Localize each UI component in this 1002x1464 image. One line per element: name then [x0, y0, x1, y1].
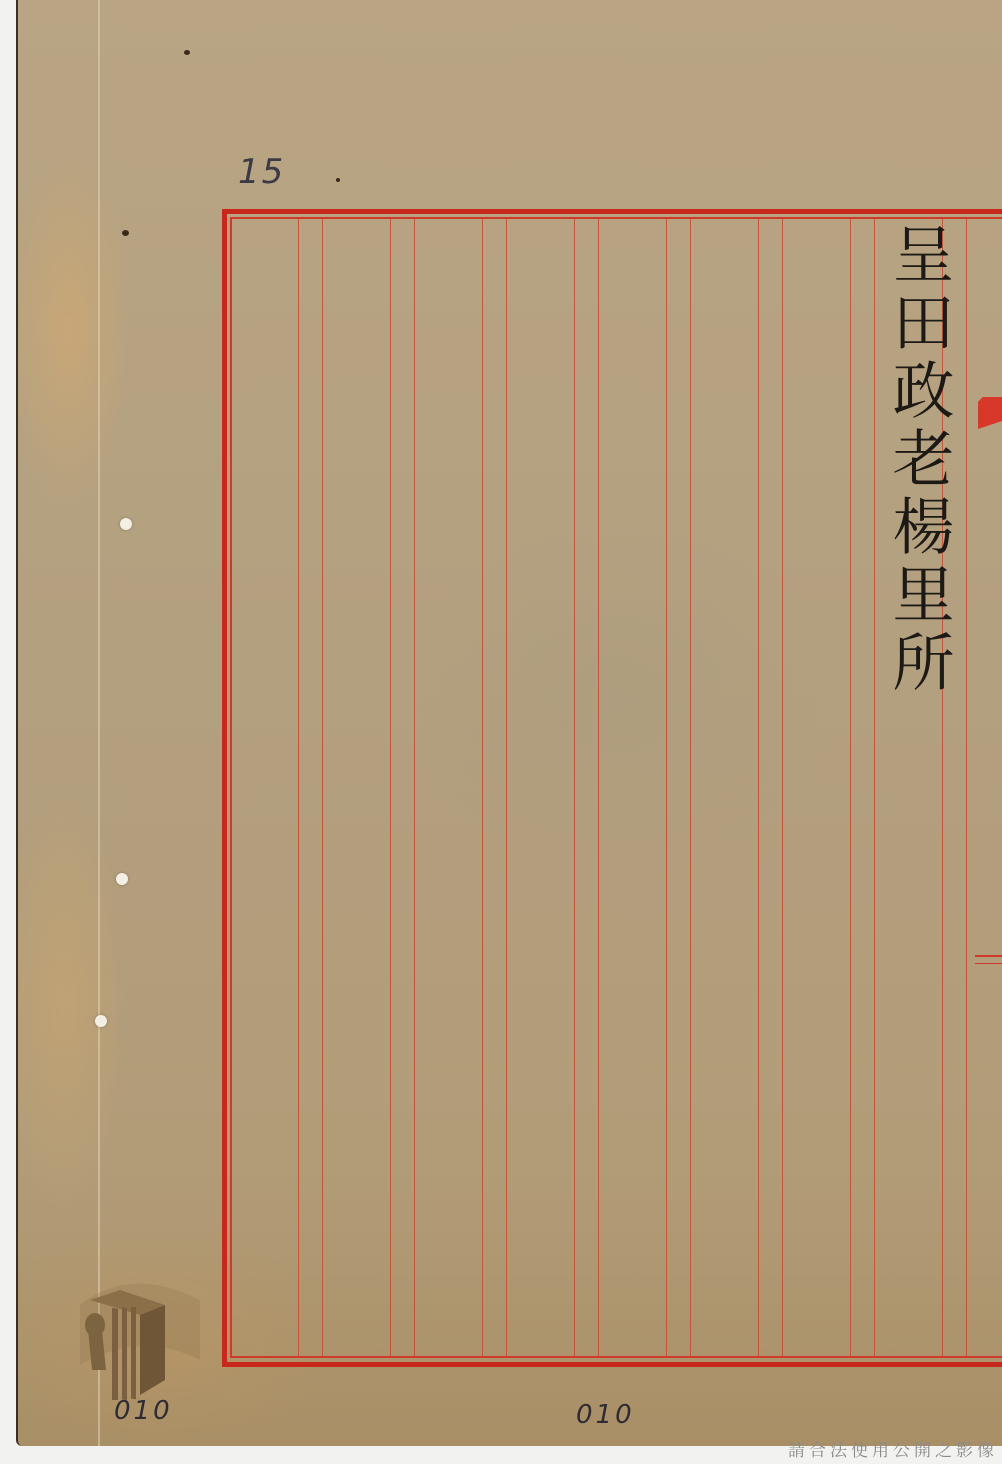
ink-spot: [184, 50, 190, 55]
ink-spot: [336, 178, 340, 182]
column-rule-line: [966, 219, 967, 1356]
book-keyhole-icon: [70, 1270, 200, 1400]
side-rule-line: [975, 963, 1002, 964]
column-rule-line: [506, 219, 507, 1356]
column-rule-line: [298, 219, 299, 1356]
column-rule-line: [874, 219, 875, 1356]
column-rule-line: [414, 219, 415, 1356]
ink-spot: [122, 230, 129, 236]
binding-hole: [95, 1015, 107, 1027]
fold-crease: [98, 0, 100, 1446]
column-rule-line: [598, 219, 599, 1356]
column-rule-line: [482, 219, 483, 1356]
binding-hole: [116, 873, 128, 885]
binding-hole: [120, 518, 132, 530]
handwritten-number-left: 010: [114, 1396, 173, 1426]
handwritten-page-number: 15: [238, 152, 285, 192]
column-rule-line: [758, 219, 759, 1356]
column-rule-line: [690, 219, 691, 1356]
handwritten-vertical-title: 呈田政老楊里所: [878, 222, 958, 698]
column-rule-line: [850, 219, 851, 1356]
column-rule-line: [782, 219, 783, 1356]
column-rule-line: [390, 219, 391, 1356]
column-rule-line: [322, 219, 323, 1356]
handwritten-number-center: 010: [576, 1400, 635, 1430]
column-rule-line: [666, 219, 667, 1356]
usage-watermark: 請合法使用公開之影像: [788, 1436, 998, 1461]
column-rule-line: [574, 219, 575, 1356]
side-rule-line: [975, 955, 1002, 957]
